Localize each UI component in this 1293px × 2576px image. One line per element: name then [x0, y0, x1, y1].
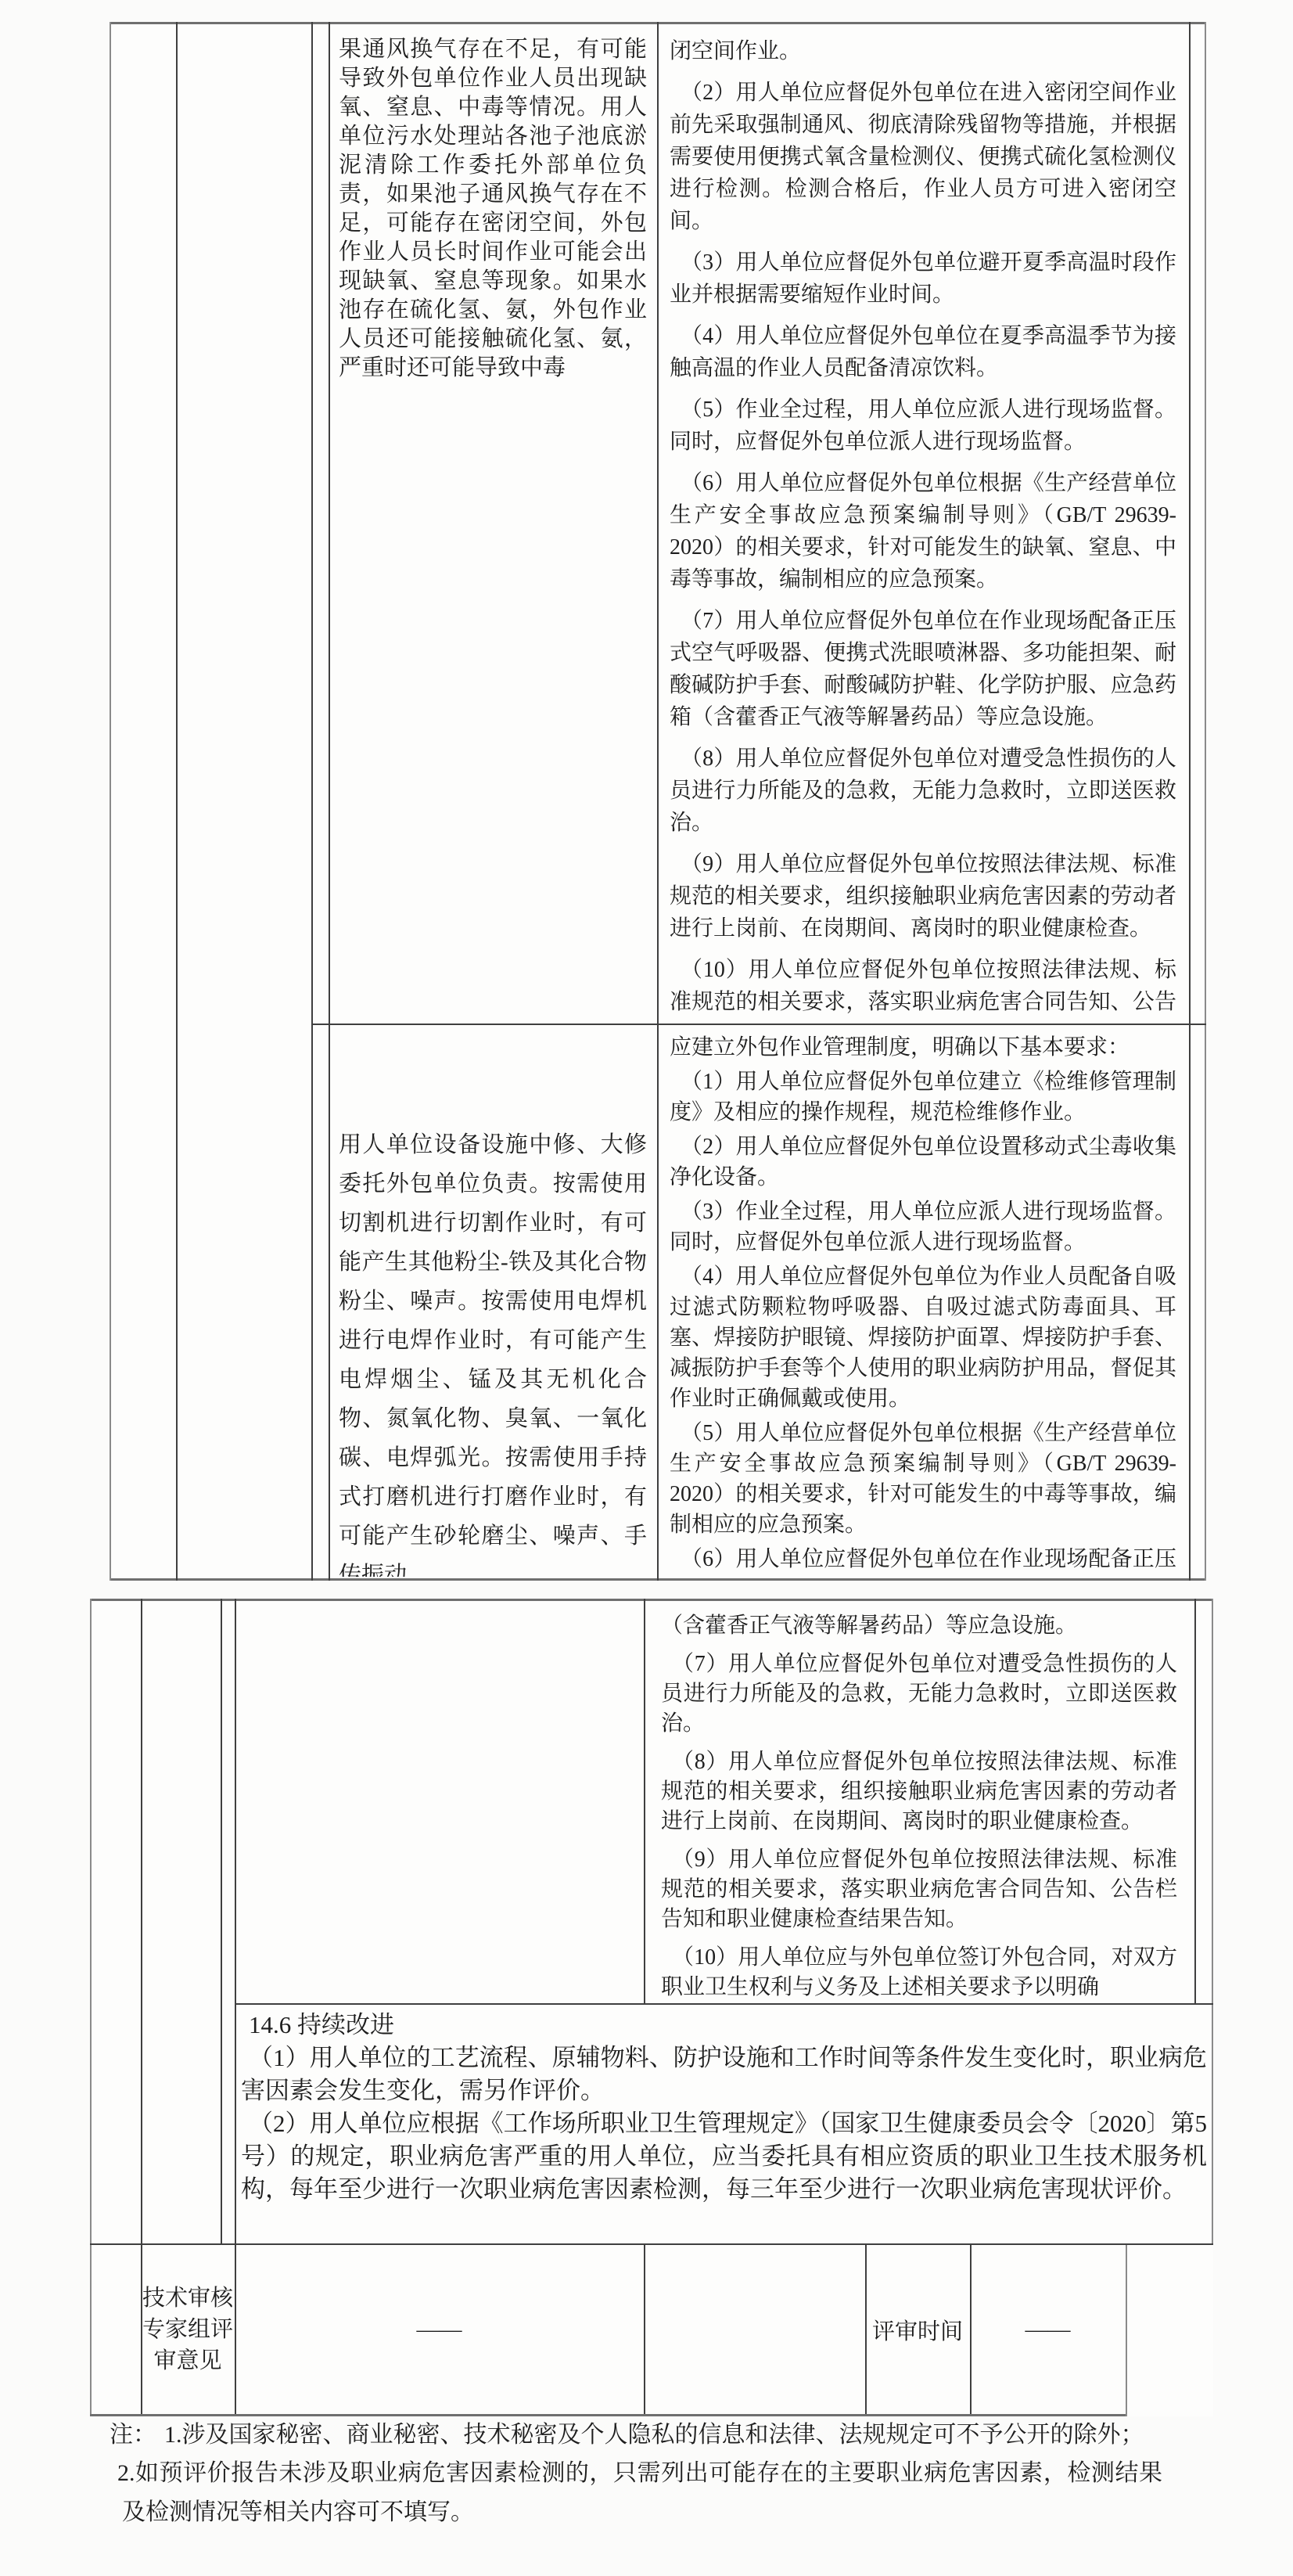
notes-label: 注： [110, 2418, 156, 2452]
paragraph: （5）用人单位应督促外包单位根据《生产经营单位生产安全事故应急预案编制导则》（G… [670, 1418, 1176, 1540]
row2-hazard-text: 用人单位设备设施中修、大修委托外包单位负责。按需使用切割机进行切割作业时，有可能… [339, 1132, 647, 1577]
row1-hazard-text: 果通风换气存在不足，有可能导致外包单位作业人员出现缺氧、窒息、中毒等情况。用人单… [339, 37, 647, 380]
table1-col-line-2 [311, 22, 313, 1581]
continuous-improvement-paragraphs: （1）用人单位的工艺流程、原辅物料、防护设施和工作时间等条件发生变化时，职业病危… [241, 2042, 1207, 2206]
paragraph: （6）用人单位应督促外包单位根据《生产经营单位生产安全事故应急预案编制导则》（G… [670, 467, 1176, 595]
note-item-2: 2.如预评价报告未涉及职业病危害因素检测的，只需列出可能存在的主要职业病危害因素… [117, 2454, 1162, 2532]
table1-col-line-5 [1189, 22, 1191, 1581]
paragraph: （含藿香正气液等解暑药品）等应急设施。 [661, 1611, 1177, 1641]
paragraph: （6）用人单位应督促外包单位在作业现场配备正压式空气呼吸器、便携式洗眼喷淋器、担… [670, 1544, 1176, 1577]
paragraph: 闭空间作业。 [670, 35, 1176, 67]
paragraph: （8）用人单位应督促外包单位对遭受急性损伤的人员进行力所能及的急救，无能力急救时… [670, 743, 1176, 839]
paragraph: （4）用人单位应督促外包单位为作业人员配备自吸过滤式防颗粒物呼吸器、自吸过滤式防… [670, 1261, 1176, 1414]
review-opinion-value-cell: —— [235, 2245, 644, 2414]
note-item-1: 1.涉及国家秘密、商业秘密、技术秘密及个人隐私的信息和法律、法规规定可不予公开的… [164, 2418, 1259, 2452]
section-heading: 14.6 持续改进 [241, 2009, 1207, 2042]
row1-measures-cell: 闭空间作业。（2）用人单位应督促外包单位在进入密闭空间作业前先采取强制通风、彻底… [657, 24, 1189, 1022]
notes-label-text: 注： [110, 2422, 156, 2448]
paragraph: （1）用人单位的工艺流程、原辅物料、防护设施和工作时间等条件发生变化时，职业病危… [241, 2042, 1207, 2107]
table2-review-right-border [1126, 2245, 1127, 2416]
paragraph: （9）用人单位应督促外包单位按照法律法规、标准规范的相关要求，组织接触职业病危害… [670, 848, 1176, 944]
table2-left-border [90, 1599, 92, 2416]
review-time-label-cell: 评审时间 [865, 2245, 970, 2414]
row2-hazard-description-cell: 用人单位设备设施中修、大修委托外包单位负责。按需使用切割机进行切割作业时，有可能… [329, 1025, 657, 1577]
table1-right-border [1205, 22, 1206, 1581]
paragraph: （7）用人单位应督促外包单位在作业现场配备正压式空气呼吸器、便携式洗眼喷淋器、多… [670, 605, 1176, 733]
table2-col-line-2 [221, 1599, 222, 2245]
review-opinion-label: 技术审核专家组评审意见 [142, 2283, 233, 2376]
review-empty-cell [644, 2245, 865, 2414]
review-time-value-cell: —— [970, 2245, 1126, 2414]
paragraph: （9）用人单位应督促外包单位按照法律法规、标准规范的相关要求，落实职业病危害合同… [661, 1845, 1177, 1934]
paragraph: （10）用人单位应与外包单位签订外包合同，对双方职业卫生权利与义务及上述相关要求… [661, 1943, 1177, 2002]
paragraph: （7）用人单位应督促外包单位对遭受急性损伤的人员进行力所能及的急救，无能力急救时… [661, 1650, 1177, 1739]
continuous-improvement-cell: 14.6 持续改进 （1）用人单位的工艺流程、原辅物料、防护设施和工作时间等条件… [235, 2005, 1213, 2243]
note-item-1-text: 1.涉及国家秘密、商业秘密、技术秘密及个人隐私的信息和法律、法规规定可不予公开的… [164, 2422, 1144, 2448]
review-time-label: 评审时间 [872, 2314, 963, 2346]
paragraph: （3）作业全过程，用人单位应派人进行现场监督。同时，应督促外包单位派人进行现场监… [670, 1196, 1176, 1257]
review-opinion-label-cell: 技术审核专家组评审意见 [141, 2245, 235, 2414]
paragraph: （8）用人单位应督促外包单位按照法律法规、标准规范的相关要求，组织接触职业病危害… [661, 1747, 1177, 1837]
review-opinion-value: —— [417, 2317, 462, 2343]
note-item-2-text: 2.如预评价报告未涉及职业病危害因素检测的，只需列出可能存在的主要职业病危害因素… [117, 2460, 1162, 2525]
row2-measures-cell: 应建立外包作业管理制度，明确以下基本要求：（1）用人单位应督促外包单位建立《检维… [657, 1025, 1189, 1577]
paragraph: （4）用人单位应督促外包单位在夏季高温季节为接触高温的作业人员配备清凉饮料。 [670, 320, 1176, 384]
paragraph: （1）用人单位应督促外包单位建立《检维修管理制度》及相应的操作规程，规范检维修作… [670, 1067, 1176, 1128]
hazard-table-page2: （含藿香正气液等解暑药品）等应急设施。（7）用人单位应督促外包单位对遭受急性损伤… [90, 1599, 1213, 2416]
review-time-value: —— [1025, 2317, 1071, 2343]
table2-col-line-5 [1194, 1599, 1196, 2003]
hazard-table-page1: 果通风换气存在不足，有可能导致外包单位作业人员出现缺氧、窒息、中毒等情况。用人单… [110, 22, 1206, 1581]
table2-bottom-border [90, 2414, 1127, 2416]
paragraph: （2）用人单位应督促外包单位在进入密闭空间作业前先采取强制通风、彻底清除残留物等… [670, 77, 1176, 237]
paragraph: （3）用人单位应督促外包单位避开夏季高温时段作业并根据需要缩短作业时间。 [670, 246, 1176, 311]
paragraph: （5）作业全过程，用人单位应派人进行现场监督。同时，应督促外包单位派人进行现场监… [670, 394, 1176, 458]
paragraph: 应建立外包作业管理制度，明确以下基本要求： [670, 1032, 1176, 1063]
paragraph: （10）用人单位应督促外包单位按照法律法规、标准规范的相关要求，落实职业病危害合… [670, 954, 1176, 1022]
table1-col-line-1 [176, 22, 178, 1581]
paragraph: （2）用人单位应督促外包单位设置移动式尘毒收集净化设备。 [670, 1131, 1176, 1193]
paragraph: （2）用人单位应根据《工作场所职业卫生管理规定》（国家卫生健康委员会令〔2020… [241, 2107, 1207, 2206]
row1-hazard-description-cell: 果通风换气存在不足，有可能导致外包单位作业人员出现缺氧、窒息、中毒等情况。用人单… [329, 24, 657, 1022]
page2-measures-cell: （含藿香正气液等解暑药品）等应急设施。（7）用人单位应督促外包单位对遭受急性损伤… [644, 1601, 1194, 2002]
table1-left-border [110, 22, 111, 1581]
